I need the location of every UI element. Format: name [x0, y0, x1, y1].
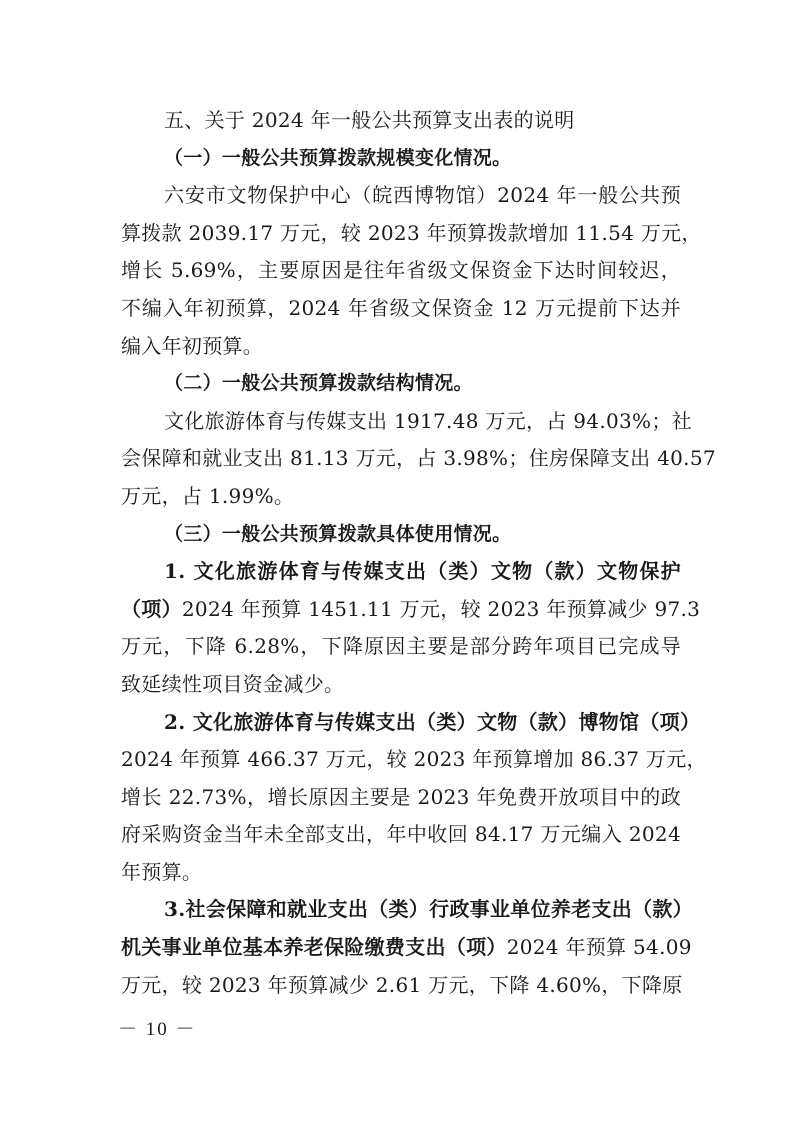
item-3-line-2: 机关事业单位基本养老保险缴费支出（项）2024 年预算 54.09: [121, 929, 681, 967]
subsection-heading-3: （三）一般公共预算拨款具体使用情况。: [121, 516, 681, 554]
item-2-title: 2. 文化旅游体育与传媒支出（类）文物（款）博物馆（项）: [121, 704, 681, 742]
item-3-title: 3.社会保障和就业支出（类）行政事业单位养老支出（款）: [121, 891, 681, 929]
paragraph-line: 会保障和就业支出 81.13 万元，占 3.98%；住房保障支出 40.57: [121, 440, 681, 478]
item-1-title-end: （项）: [121, 597, 182, 621]
paragraph-line: 万元，较 2023 年预算减少 2.61 万元，下降 4.60%，下降原: [121, 967, 681, 1005]
paragraph-line: 编入年初预算。: [121, 328, 681, 366]
paragraph-line: 文化旅游体育与传媒支出 1917.48 万元，占 94.03%；社: [121, 403, 681, 441]
paragraph-line: 不编入年初预算，2024 年省级文保资金 12 万元提前下达并: [121, 290, 681, 328]
item-1-line-2: （项）2024 年预算 1451.11 万元，较 2023 年预算减少 97.3: [121, 591, 681, 629]
subsection-heading-1: （一）一般公共预算拨款规模变化情况。: [121, 140, 681, 178]
paragraph-line: 万元，占 1.99%。: [121, 478, 681, 516]
item-1-title: 1. 文化旅游体育与传媒支出（类）文物（款）文物保护: [121, 553, 681, 591]
paragraph-line: 增长 22.73%，增长原因主要是 2023 年免费开放项目中的政: [121, 779, 681, 817]
page-number: － 10 －: [118, 1016, 197, 1044]
paragraph-line: 年预算。: [121, 854, 681, 892]
paragraph-line: 增长 5.69%，主要原因是往年省级文保资金下达时间较迟，: [121, 252, 681, 290]
section-title: 五、关于 2024 年一般公共预算支出表的说明: [121, 102, 681, 140]
paragraph-line: 算拨款 2039.17 万元，较 2023 年预算拨款增加 11.54 万元，: [121, 215, 681, 253]
paragraph-line: 六安市文物保护中心（皖西博物馆）2024 年一般公共预: [121, 177, 681, 215]
paragraph-line: 致延续性项目资金减少。: [121, 666, 681, 704]
subsection-heading-2: （二）一般公共预算拨款结构情况。: [121, 365, 681, 403]
paragraph-line: 2024 年预算 466.37 万元，较 2023 年预算增加 86.37 万元…: [121, 741, 681, 779]
item-1-text: 2024 年预算 1451.11 万元，较 2023 年预算减少 97.3: [182, 597, 700, 621]
paragraph-line: 府采购资金当年未全部支出，年中收回 84.17 万元编入 2024: [121, 816, 681, 854]
paragraph-line: 万元，下降 6.28%，下降原因主要是部分跨年项目已完成导: [121, 628, 681, 666]
document-page: 五、关于 2024 年一般公共预算支出表的说明 （一）一般公共预算拨款规模变化情…: [121, 102, 681, 1004]
item-3-text: 2024 年预算 54.09: [507, 935, 692, 959]
item-3-title-end: 机关事业单位基本养老保险缴费支出（项）: [121, 935, 507, 959]
